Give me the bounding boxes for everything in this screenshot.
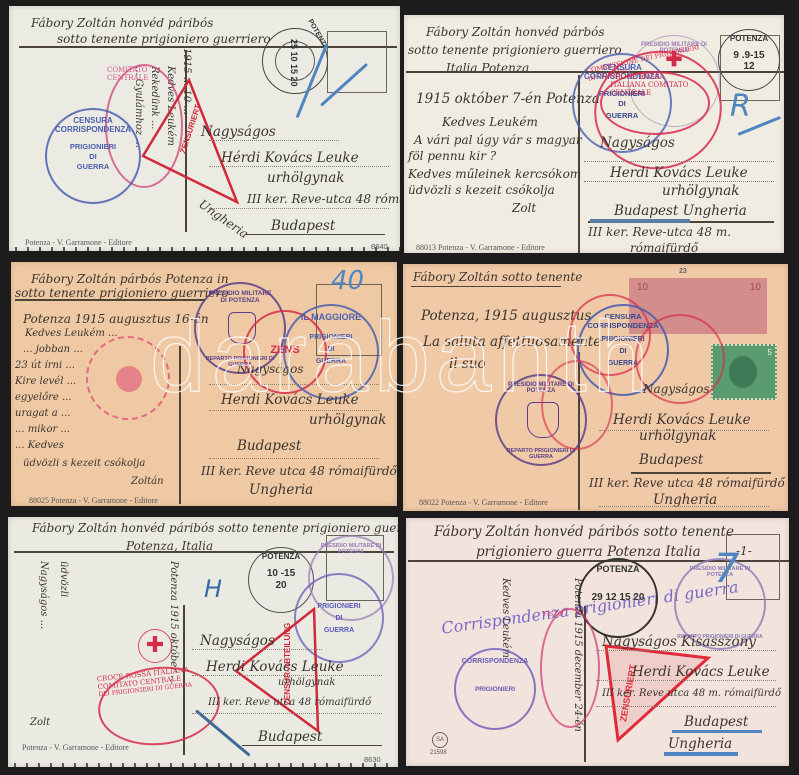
address-city: Budapest Ungheria bbox=[614, 203, 747, 219]
message-line: Kedves műleinek kercsókom bbox=[408, 167, 581, 181]
blue-pencil-mark: H bbox=[204, 575, 222, 603]
postmark-town: POTENZA bbox=[580, 564, 656, 574]
message-signature: Zoltán bbox=[131, 476, 164, 487]
address-city: Budapest bbox=[271, 218, 335, 234]
deckle-edge bbox=[9, 247, 400, 251]
publisher-imprint: 88022 Potenza - V. Garramone - Editore bbox=[419, 498, 548, 507]
publisher-imprint: Potenza - V. Garramone - Editore bbox=[22, 743, 129, 752]
censura-circle-stamp: CENSURA CORRISPONDENZA PRIGIONIERI DI GU… bbox=[45, 108, 141, 204]
red-cross-icon: ✚ bbox=[139, 634, 171, 658]
publisher-imprint: 88013 Potenza - V. Garramone - Editore bbox=[416, 243, 545, 252]
postcard-top-right: Fábory Zoltán honvéd párbós sotto tenent… bbox=[404, 15, 784, 253]
blue-pencil-mark: 7 bbox=[714, 546, 739, 592]
message-line: föl pennu kir ? bbox=[408, 149, 496, 163]
sender-line-1: Fábory Zoltán honvéd páribós bbox=[31, 16, 213, 30]
address-street: III ker. Reve utca 48 rómaifürdő bbox=[201, 464, 397, 478]
postmark-date: 25 10 15 20 bbox=[289, 39, 299, 87]
stamp-box bbox=[327, 31, 387, 93]
address-city: Budapest bbox=[684, 714, 748, 730]
postmark-town: POTENZA bbox=[249, 552, 313, 561]
sender-line-1: Fábory Zoltán sotto tenente bbox=[413, 270, 582, 284]
sender-line-2: sotto tenente prigioniero guerriero bbox=[408, 43, 622, 57]
postcard-bottom-right: Fábory Zoltán honvéd páribós sotto tenen… bbox=[406, 518, 789, 766]
card-number: 8630 bbox=[364, 755, 381, 764]
address-name: Herdi Kovács Leuke bbox=[206, 659, 344, 675]
croce-rossa-oval-stamp: CROCE ROSSA ITALIANA COMITATO CENTRALE bbox=[600, 71, 710, 135]
address-title: urhölgynak bbox=[278, 677, 335, 688]
address-street: III ker. Reve utca 48 rómaifürdő bbox=[589, 476, 785, 490]
address-city: Budapest bbox=[639, 452, 703, 468]
red-cross-stamp: ✚ bbox=[138, 629, 172, 663]
sender-line-1: Fábory Zoltán honvéd páribós sotto tenen… bbox=[434, 524, 734, 540]
card-number: 8840 bbox=[371, 242, 388, 251]
svg-text:ZENSURIERT: ZENSURIERT bbox=[178, 103, 202, 155]
address-title: urhölgynak bbox=[662, 183, 739, 199]
message-signature: Zolt bbox=[30, 717, 50, 728]
postcard-top-left: Fábory Zoltán honvéd páribós sotto tenen… bbox=[9, 6, 400, 251]
king-portrait-icon bbox=[729, 356, 757, 388]
address-street: III ker. Reve utca 48 m. rómaifürdő bbox=[602, 688, 781, 699]
address-name: Herdi Kovács Leuke bbox=[632, 664, 770, 680]
blue-pencil-mark: 40 bbox=[331, 266, 364, 296]
publisher-imprint: Potenza - V. Garramone - Editore bbox=[25, 238, 132, 247]
blue-underline bbox=[590, 219, 690, 223]
postmark-town: POTENZA bbox=[719, 34, 779, 43]
header-rule bbox=[411, 286, 561, 287]
publisher-imprint: 88025 Potenza - V. Garramone - Editore bbox=[29, 496, 158, 505]
message-signature: Zolt bbox=[512, 201, 536, 215]
card-number: 21598 bbox=[430, 750, 447, 756]
address-street: III ker. Reve-utca 48 m. bbox=[588, 225, 731, 239]
address-salutation: Nagyságos bbox=[201, 124, 276, 140]
address-district: rómaifürdő bbox=[630, 241, 698, 253]
address-country: Ungheria bbox=[249, 482, 313, 498]
postmark-date: 29 12 15 20 bbox=[580, 592, 656, 603]
address-city: Budapest bbox=[258, 729, 322, 745]
address-salutation: Nagyságos bbox=[200, 633, 275, 649]
message-line: üdvözli s kezeit csókolja bbox=[408, 183, 555, 197]
postmark-date: 23 bbox=[679, 268, 687, 275]
message-line: Kedves Leukém bbox=[442, 115, 538, 129]
sender-line-1: Fábory Zoltán honvéd párbós bbox=[426, 25, 605, 39]
address-salutation: Nagyságos Kisasszony bbox=[602, 634, 756, 650]
deckle-edge bbox=[8, 763, 398, 767]
address-city: Budapest bbox=[237, 438, 301, 454]
blue-underline bbox=[672, 730, 762, 733]
blue-underline bbox=[664, 752, 738, 756]
address-country: Ungheria bbox=[668, 736, 732, 752]
address-name: Herdi Kovács Leuke bbox=[610, 165, 748, 181]
address-title: urhölgynak bbox=[267, 170, 344, 186]
comitato-oval-stamp: VISTO bbox=[540, 608, 600, 728]
sender-line-1: Fábory Zoltán honvéd páribós sotto tenen… bbox=[32, 521, 398, 535]
postcard-bottom-left: Fábory Zoltán honvéd páribós sotto tenen… bbox=[8, 517, 398, 767]
publisher-logo: SA bbox=[432, 732, 448, 748]
address-street: III ker. Reve utca 48 rómaifürdő bbox=[208, 697, 371, 708]
corrispondenza-circle-stamp: CORRISPONDENZA PRIGIONIERI bbox=[454, 648, 536, 730]
address-name: Hérdi Kovács Leuke bbox=[221, 150, 359, 166]
address-salutation: Nagyságos bbox=[600, 135, 675, 151]
address-street: III ker. Reve-utca 48 rómaifürdő bbox=[247, 192, 400, 206]
sender-line-3: Italia Potenza bbox=[446, 61, 529, 75]
sender-line-1: Fábory Zoltán párbós Potenza in bbox=[31, 272, 229, 286]
sender-line-2: sotto tenente prigioniero guerriero bbox=[57, 32, 271, 46]
postmark-date: 9 .9-15 12 bbox=[719, 50, 779, 72]
watermark: darabanth bbox=[150, 300, 654, 415]
message-line: A vári pal úgy vár s magyar bbox=[414, 133, 582, 147]
blue-pencil-mark: R bbox=[730, 89, 751, 124]
postmark: POTENZA 9 .9-15 12 bbox=[718, 29, 780, 91]
censor-triangle-stamp: ZENSURIERT bbox=[139, 76, 239, 206]
sender-line-2: prigioniero guerra Potenza Italia bbox=[476, 544, 701, 560]
